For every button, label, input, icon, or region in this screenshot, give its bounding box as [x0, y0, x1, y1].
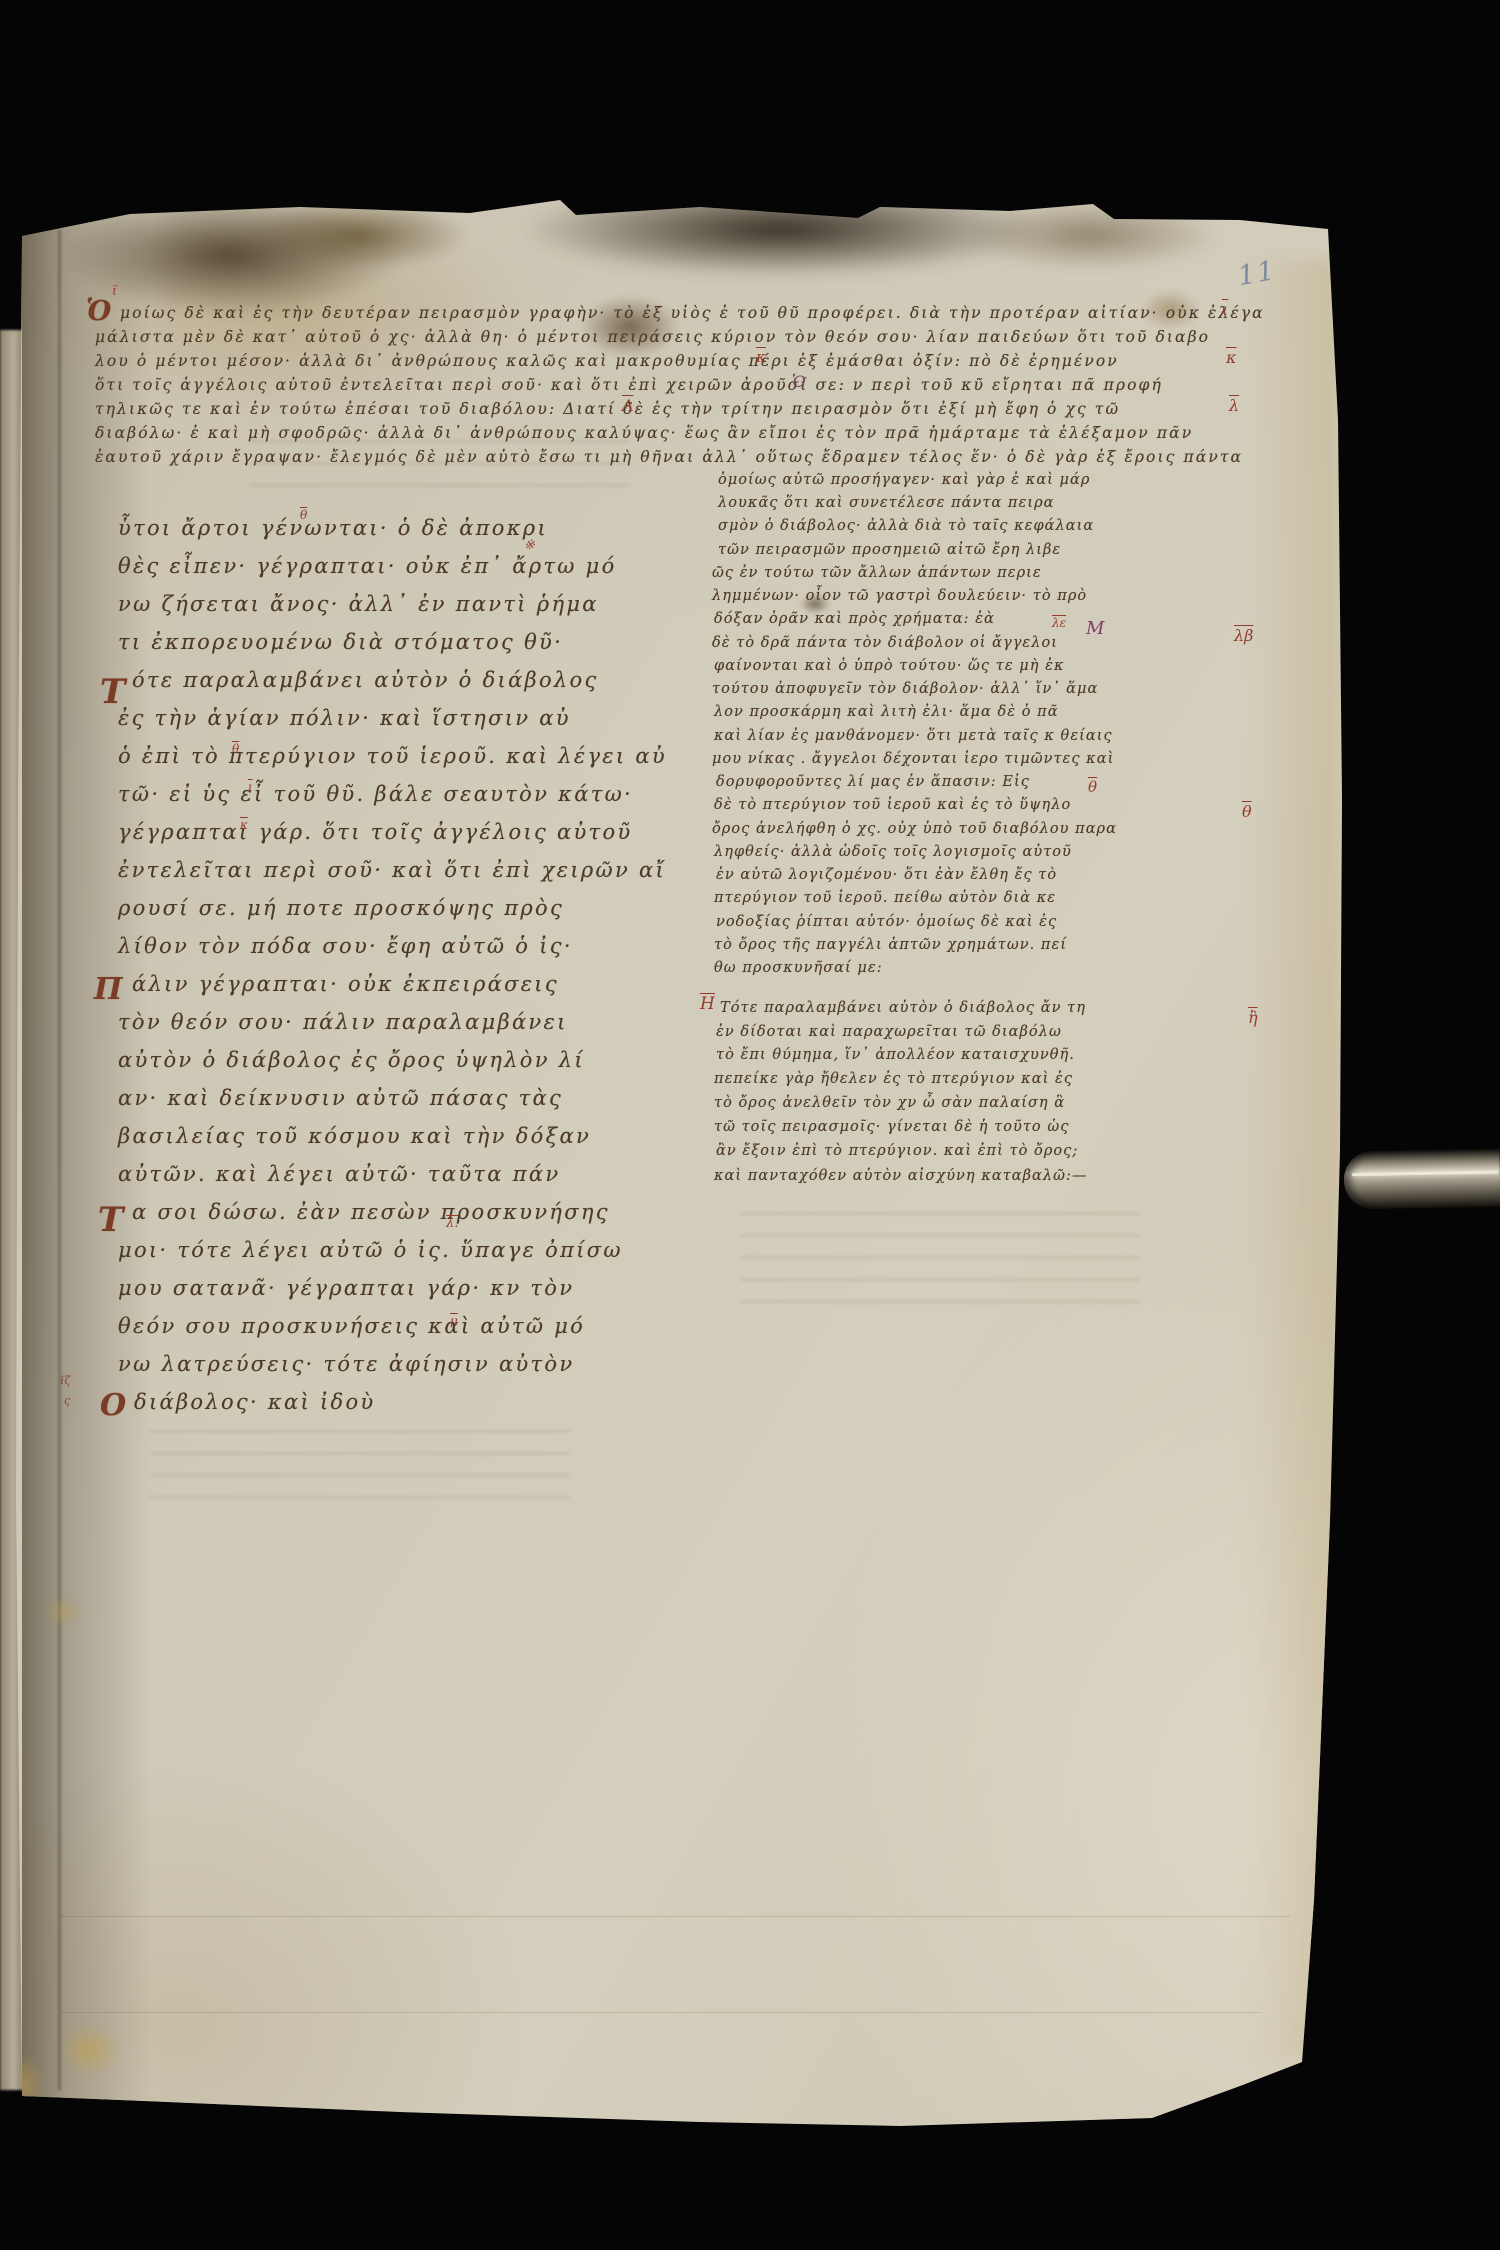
rubric-mark: Λ — [622, 396, 634, 415]
commentary-line: μου νίκας . ἄγγελοι δέχονται ἱερο τιμῶντ… — [712, 751, 1114, 767]
lemma-initial: Π — [94, 972, 122, 1007]
commentary-line: ἂν ἔξοιν ἐπὶ τὸ πτερύγιον. καὶ ἐπὶ τὸ ὄρ… — [716, 1143, 1078, 1159]
lemma-line: τῶ· εἰ ὑς εἶ τοῦ θῦ. βάλε σεαυτὸν κάτω· — [118, 782, 633, 806]
commentary-line: ἐν δίδοται καὶ παραχωρεῖται τῶ διαβόλω — [716, 1024, 1062, 1040]
rubric-mark: μ — [450, 1314, 458, 1328]
rubric-mark: ※ — [524, 538, 535, 553]
commentary-line: ληφθείς· ἀλλὰ ὡδοῖς τοῖς λογισμοῖς αὐτοῦ — [714, 844, 1072, 860]
margin-chapter-letter: λ — [1229, 396, 1239, 415]
ink-show-through — [740, 1212, 1140, 1308]
lemma-line: λίθον τὸν πόδα σου· ἔφη αὐτῶ ὁ ἰς· — [118, 934, 573, 958]
lemma-line: ἐντελεῖται περὶ σοῦ· καὶ ὅτι ἐπὶ χειρῶν … — [118, 858, 666, 882]
lemma-initial: Τ — [98, 1200, 123, 1240]
header-initial: Ὁ — [86, 296, 111, 327]
lemma-line: βασιλείας τοῦ κόσμου καὶ τὴν δόξαν — [118, 1124, 591, 1148]
commentary-line: ὄρος ἀνελήφθη ὁ χς. οὐχ ὑπὸ τοῦ διαβόλου… — [712, 821, 1117, 837]
commentary-line: πεπείκε γὰρ ἤθελεν ἐς τὸ πτερύγιον καὶ ἐ… — [714, 1071, 1073, 1087]
rubric-mark: θ — [232, 742, 239, 756]
stain — [1250, 260, 1340, 2060]
rubric-mark: ι — [248, 780, 253, 794]
lemma-line: αὐτῶν. καὶ λέγει αὐτῶ· ταῦτα πάν — [118, 1162, 560, 1186]
lemma-line: τι ἐκπορευομένω διὰ στόματος θῦ· — [118, 630, 563, 654]
stain — [960, 200, 1220, 270]
margin-chapter-letter: ι — [1222, 300, 1228, 319]
rubric-mark: κ — [240, 818, 248, 832]
commentary-line: καὶ λίαν ἐς μανθάνομεν· ὅτι μετὰ ταῖς κ … — [714, 728, 1113, 744]
commentary-line: τὸ ὄρος ἀνελθεῖν τὸν χν ὦ σὰν παλαίση ἃ — [714, 1095, 1065, 1111]
page-number: 11 — [1236, 255, 1279, 292]
commentary-line: σμὸν ὁ διάβολος· ἀλλὰ διὰ τὸ ταῖς κεφάλα… — [718, 518, 1094, 534]
header-line: μάλιστα μὲν δὲ κατ᾽ αὐτοῦ ὁ χς· ἀλλὰ θη·… — [95, 328, 1210, 346]
commentary-line: λημμένων· οἷον τῶ γαστρὶ δουλεύειν· τὸ π… — [712, 588, 1087, 604]
ruling-line — [60, 2012, 1260, 2013]
lemma-line: αὐτὸν ὁ διάβολος ἐς ὄρος ὑψηλὸν λί — [118, 1048, 585, 1072]
commentary-line: φαίνονται καὶ ὁ ὑπρὸ τούτου· ὥς τε μὴ ἐκ — [714, 658, 1065, 674]
commentary-line: δόξαν ὁρᾶν καὶ πρὸς χρήματα: ἐὰ — [714, 611, 995, 627]
commentary-line: Τότε παραλαμβάνει αὐτὸν ὁ διάβολος ἄν τη — [720, 1000, 1086, 1016]
margin-note-letter: ϊζ — [60, 1374, 70, 1387]
margin-chapter-letter: κ — [1226, 348, 1237, 367]
lemma-line: μοι· τότε λέγει αὐτῶ ὁ ἰς. ὕπαγε ὀπίσω — [118, 1238, 623, 1262]
ink-show-through — [150, 1430, 570, 1500]
lemma-line: ότε παραλαμβάνει αὐτὸν ὁ διάβολος — [132, 668, 599, 692]
rubric-mark: θ — [300, 508, 307, 522]
lemma-line: διάβολος· καὶ ἰδοὺ — [134, 1390, 375, 1414]
lemma-line: θεόν σου προσκυνήσεις καὶ αὐτῶ μό — [118, 1314, 585, 1338]
binding-crease — [58, 230, 61, 2090]
manuscript-page: 11 μοίως δὲ καὶ ἐς τὴν δευτέραν πειρασμὸ… — [0, 0, 1500, 2250]
header-line: ἑαυτοῦ χάριν ἔγραψαν· ἔλεγμός δὲ μὲν αὐτ… — [95, 448, 1243, 466]
gutter-shadow — [22, 200, 152, 2100]
commentary-line: τῶν πειρασμῶν προσημειῶ αἰτῶ ἔρη λιβε — [718, 542, 1061, 558]
rubric-mark: Ὁ — [792, 372, 806, 391]
header-line: μοίως δὲ καὶ ἐς τὴν δευτέραν πειρασμὸν γ… — [120, 304, 1265, 322]
commentary-line: πτερύγιον τοῦ ἱεροῦ. πείθω αὐτὸν διὰ κε — [714, 890, 1056, 906]
stain — [44, 1596, 82, 1628]
rubric-mark: κ — [756, 348, 766, 366]
commentary-line: ὁμοίως αὐτῶ προσήγαγεν· καὶ γὰρ ἐ καὶ μά… — [718, 472, 1090, 488]
margin-chapter-letter: ἢ — [1248, 1008, 1258, 1027]
commentary-line: ἐν αὐτῶ λογιζομένου· ὅτι ἐὰν ἔλθη ἔς τὸ — [716, 867, 1057, 883]
commentary-line: νοδοξίας ῥίπται αὐτόν· ὁμοίως δὲ καὶ ἐς — [716, 914, 1057, 930]
commentary-line: τὸ ὄρος τῆς παγγέλι ἁπτῶν χρημάτων. πεί — [714, 937, 1067, 953]
manuscript-photo: 11 μοίως δὲ καὶ ἐς τὴν δευτέραν πειρασμὸ… — [0, 0, 1500, 2250]
lemma-line: θὲς εἶπεν· γέγραπται· οὐκ ἐπ᾽ ἄρτω μό — [118, 554, 617, 578]
lemma-line: ρουσί σε. μή ποτε προσκόψης πρὸς — [118, 896, 564, 920]
commentary-line: δὲ τὸ πτερύγιον τοῦ ἱεροῦ καὶ ἐς τὸ ὕψηλ… — [714, 797, 1071, 813]
glass-clamp-rod — [1344, 1149, 1500, 1210]
lemma-line: τὸν θεόν σου· πάλιν παραλαμβάνει — [118, 1010, 568, 1034]
lemma-line: άλιν γέγραπται· οὐκ ἐκπειράσεις — [132, 972, 559, 996]
lemma-line: γέγραπται γάρ. ὅτι τοῖς ἀγγέλοις αὐτοῦ — [118, 820, 633, 844]
rubric-mark: θ — [1088, 778, 1097, 796]
lemma-line: νω λατρεύσεις· τότε ἀφίησιν αὐτὸν — [118, 1352, 574, 1376]
stain — [58, 2024, 122, 2076]
commentary-line: τούτου ἀποφυγεῖν τὸν διάβολον· ἀλλ᾽ ἵν᾽ … — [712, 681, 1098, 697]
header-line: διαβόλω· ἐ καὶ μὴ σφοδρῶς· ἀλλὰ δι᾽ ἀνθρ… — [95, 424, 1193, 442]
lemma-initial: Τ — [100, 672, 125, 712]
lemma-line: νω ζήσεται ἄνος· ἀλλ᾽ ἐν παντὶ ῥήμα — [118, 592, 599, 616]
margin-chapter-letter: θ — [1242, 802, 1252, 821]
ruling-line — [60, 1916, 1290, 1917]
header-line: ὅτι τοῖς ἀγγέλοις αὐτοῦ ἐντελεῖται περὶ … — [95, 376, 1163, 394]
commentary-line: καὶ πανταχόθεν αὐτὸν αἰσχύνη καταβαλῶ:— — [714, 1168, 1088, 1184]
header-line: τηλικῶς τε καὶ ἐν τούτω ἐπέσαι τοῦ διαβό… — [95, 400, 1120, 418]
lemma-initial: Ο — [100, 1388, 126, 1423]
rubric-mark: Η — [700, 994, 715, 1014]
lemma-line: ἐς τὴν ἁγίαν πόλιν· καὶ ἵστησιν αὐ — [118, 706, 571, 730]
commentary-line: λουκᾶς ὅτι καὶ συνετέλεσε πάντα πειρα — [718, 495, 1055, 511]
commentary-line: λον προσκάρμη καὶ λιτὴ ἐλι· ἅμα δὲ ὁ πᾶ — [714, 704, 1059, 720]
rubric-mark: λ. — [446, 1216, 458, 1231]
commentary-line: θω προσκυνῆσαί με: — [714, 960, 883, 976]
commentary-line: ῶς ἐν τούτω τῶν ἄλλων ἁπάντων περιε — [712, 565, 1042, 581]
commentary-line: τῶ τοῖς πειρασμοῖς· γίνεται δὲ ἡ τοῦτο ὡ… — [714, 1119, 1069, 1135]
stain — [250, 200, 470, 270]
lemma-line: α σοι δώσω. ἐὰν πεσὼν προσκυνήσης — [132, 1200, 610, 1224]
commentary-line: τὸ ἔπι θύμημα, ἵν᾽ ἀπολλέον καταισχυνθῆ. — [716, 1047, 1075, 1063]
lemma-line: μου σατανᾶ· γέγραπται γάρ· κν τὸν — [118, 1276, 574, 1300]
rubric-mark: λε — [1052, 616, 1066, 630]
rubric-mark: ϊ — [112, 284, 117, 299]
commentary-line: δορυφοροῦντες λί μας ἐν ἅπασιν: Εἰς — [716, 774, 1030, 790]
lemma-line: ὁ ἐπὶ τὸ πτερύγιον τοῦ ἱεροῦ. καὶ λέγει … — [118, 744, 667, 768]
margin-chapter-letter: λβ — [1234, 626, 1253, 645]
margin-note-letter: ς — [64, 1394, 70, 1407]
commentary-line: δὲ τὸ δρᾶ πάντα τὸν διάβολον οἱ ἄγγελοι — [712, 635, 1058, 651]
rubric-mark: Μ — [1086, 618, 1104, 639]
lemma-line: ὗτοι ἄρτοι γένωνται· ὁ δὲ ἀποκρι — [118, 516, 548, 540]
header-line: λου ὁ μέντοι μέσον· ἀλλὰ δι᾽ ἀνθρώπους κ… — [95, 352, 1119, 370]
lemma-line: αν· καὶ δείκνυσιν αὐτῶ πάσας τὰς — [118, 1086, 563, 1110]
rod-highlight — [1352, 1171, 1498, 1177]
